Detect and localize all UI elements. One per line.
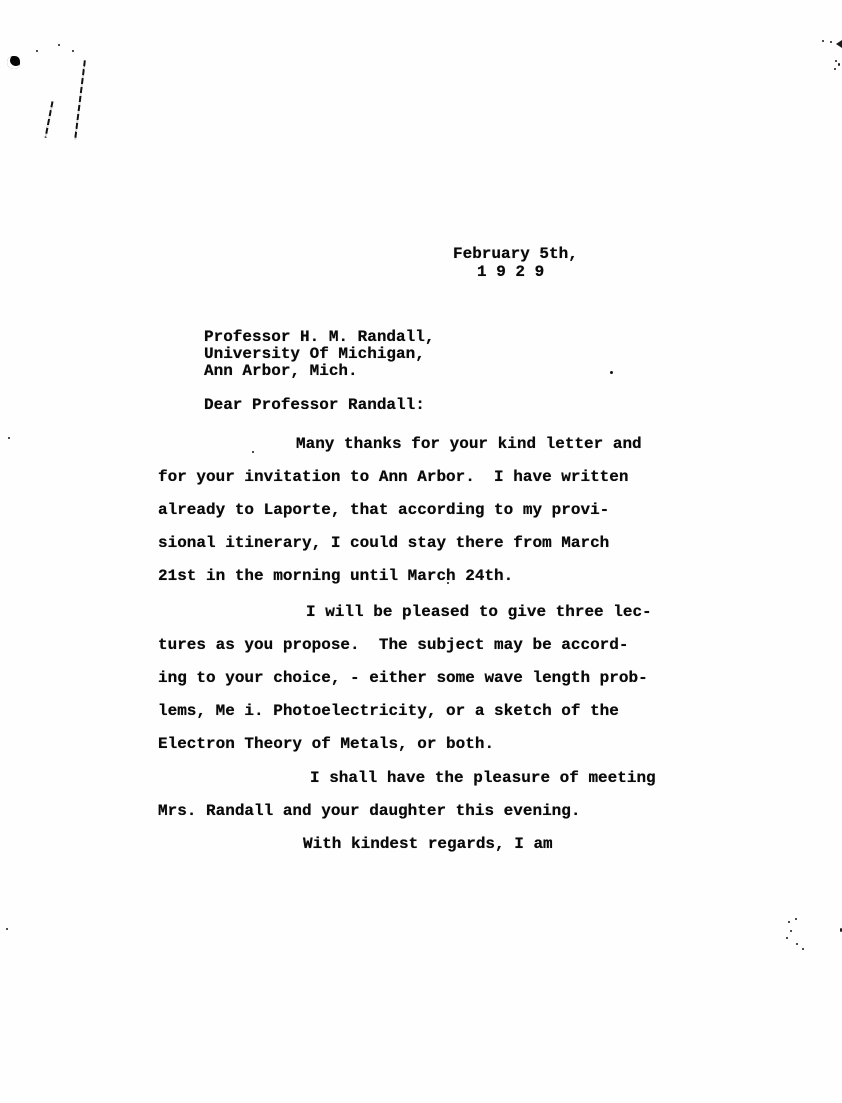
scan-speck xyxy=(72,50,74,52)
body-line: 21st in the morning until March 24th. xyxy=(158,560,642,593)
scan-speck xyxy=(610,371,613,374)
salutation: Dear Professor Randall: xyxy=(204,396,425,414)
scan-speck xyxy=(58,44,60,46)
scan-speck xyxy=(838,63,840,66)
scan-speck xyxy=(834,68,836,70)
body-line: lems, Me i. Photoelectricity, or a sketc… xyxy=(158,695,652,728)
recipient-institution: University Of Michigan, xyxy=(204,346,434,363)
pen-stroke-long xyxy=(74,60,86,140)
body-line: ing to your choice, - either some wave l… xyxy=(158,662,652,695)
scan-speck xyxy=(790,930,792,932)
scan-speck xyxy=(6,928,8,930)
date-line-1: February 5th, xyxy=(453,245,578,263)
ink-blot xyxy=(7,56,20,69)
scan-speck xyxy=(36,50,38,52)
closing-line: With kindest regards, I am xyxy=(303,828,553,861)
scan-speck xyxy=(795,918,797,920)
letter-page: February 5th, 1 9 2 9 Professor H. M. Ra… xyxy=(0,0,842,1103)
paragraph-2: I will be pleased to give three lec- tur… xyxy=(158,596,652,761)
body-line: tures as you propose. The subject may be… xyxy=(158,629,652,662)
scan-speck xyxy=(788,921,790,923)
body-line: I will be pleased to give three lec- xyxy=(158,596,652,629)
body-line: Many thanks for your kind letter and xyxy=(158,428,642,461)
scan-speck xyxy=(802,948,804,950)
date-line-2: 1 9 2 9 xyxy=(453,263,578,281)
body-line: sional itinerary, I could stay there fro… xyxy=(158,527,642,560)
scan-speck xyxy=(8,437,10,439)
recipient-address: Professor H. M. Randall, University Of M… xyxy=(204,329,434,380)
pen-stroke-short xyxy=(44,101,53,138)
scan-speck xyxy=(796,943,798,945)
date-block: February 5th, 1 9 2 9 xyxy=(453,245,578,281)
paragraph-3: I shall have the pleasure of meeting Mrs… xyxy=(158,762,656,828)
scan-speck xyxy=(822,40,824,42)
body-line: for your invitation to Ann Arbor. I have… xyxy=(158,461,642,494)
scan-speck xyxy=(830,41,832,43)
recipient-city: Ann Arbor, Mich. xyxy=(204,363,434,380)
recipient-name: Professor H. M. Randall, xyxy=(204,329,434,346)
paragraph-1: Many thanks for your kind letter and for… xyxy=(158,428,642,593)
scan-speck-wedge xyxy=(836,40,842,48)
body-line: Mrs. Randall and your daughter this even… xyxy=(158,795,656,828)
scan-speck xyxy=(835,60,837,62)
body-line: Electron Theory of Metals, or both. xyxy=(158,728,652,761)
body-line: I shall have the pleasure of meeting xyxy=(158,762,656,795)
body-line: already to Laporte, that according to my… xyxy=(158,494,642,527)
scan-speck xyxy=(786,937,788,939)
